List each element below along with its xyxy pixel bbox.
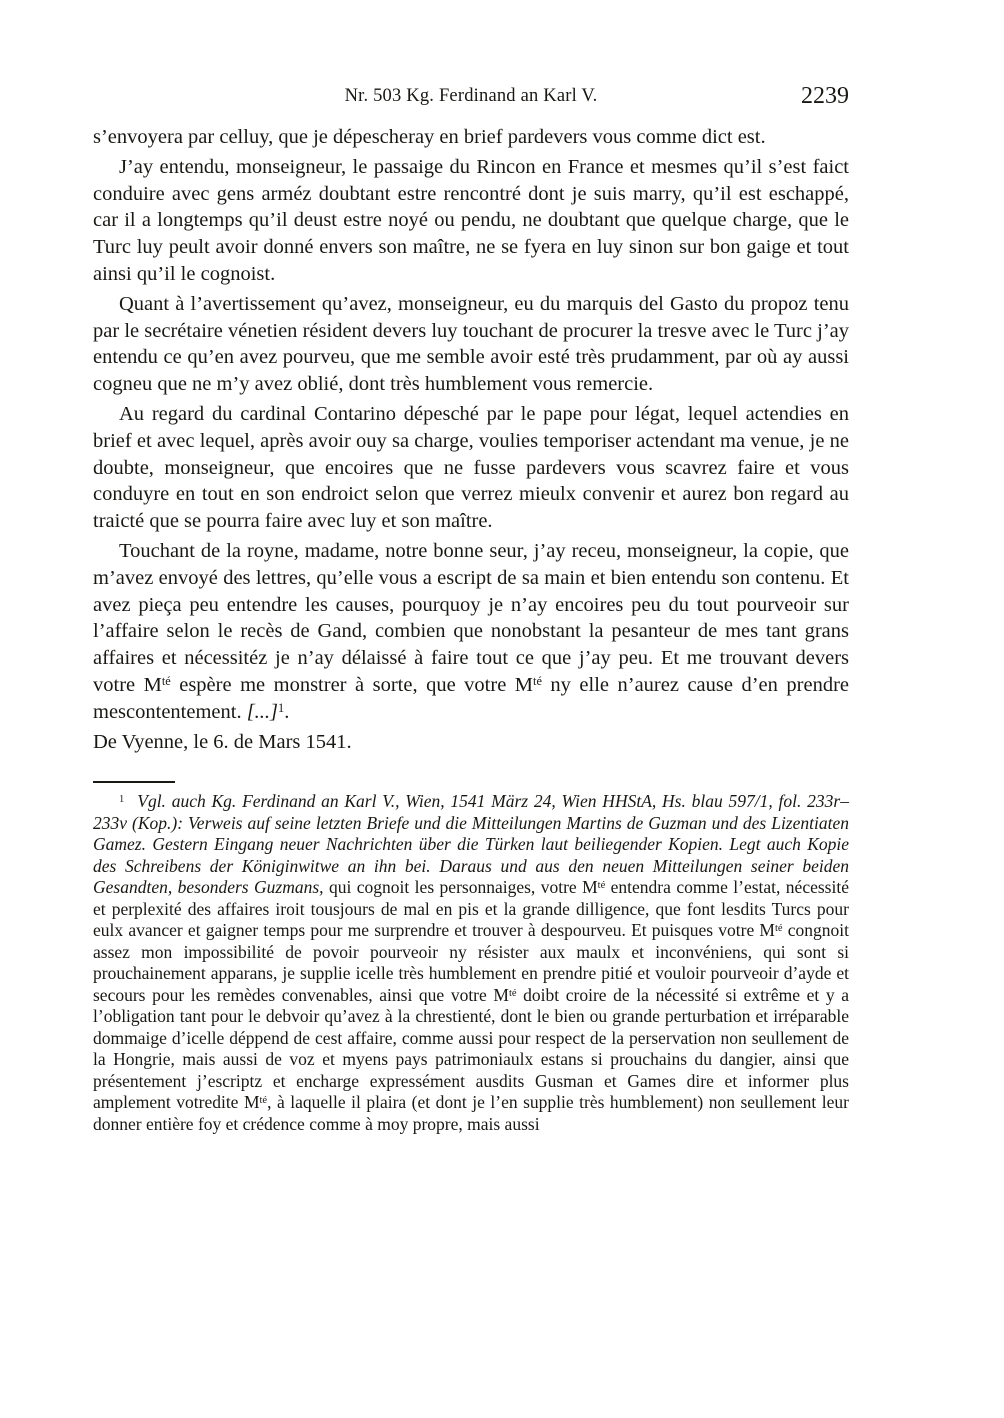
text-run: J’ay entendu, monseigneur, le passaige d… [93,156,849,285]
paragraph: Au regard du cardinal Contarino dépesché… [93,401,849,535]
running-head-title: Nr. 503 Kg. Ferdinand an Karl V. [93,80,849,112]
text-run: De Vyenne, le 6. de Mars 1541. [93,731,352,753]
superscript: té [260,1095,268,1106]
footnote-paragraph: 1Vgl. auch Kg. Ferdinand an Karl V., Wie… [93,791,849,1135]
superscript: té [775,923,783,934]
text-run: espère me monstrer à sorte, que votre M [171,674,533,696]
text-run: Quant à l’avertissement qu’avez, monseig… [93,293,849,395]
book-page: Nr. 503 Kg. Ferdinand an Karl V. 2239 s’… [0,0,1004,1418]
footnote-separator [93,781,175,783]
running-head: Nr. 503 Kg. Ferdinand an Karl V. 2239 [93,80,849,112]
text-run: . [284,701,289,723]
paragraph: J’ay entendu, monseigneur, le passaige d… [93,154,849,288]
paragraph: Quant à l’avertissement qu’avez, monseig… [93,291,849,398]
italic-text: [...] [247,701,278,723]
paragraph: De Vyenne, le 6. de Mars 1541. [93,729,849,756]
superscript: té [598,880,606,891]
footnote-marker: 1 [119,794,124,805]
superscript: té [533,674,542,688]
text-run: Au regard du cardinal Contarino dépesché… [93,403,849,532]
paragraph: Touchant de la royne, madame, notre bonn… [93,538,849,726]
superscript: té [162,674,171,688]
text-run: qui cognoit les personnaiges, votre M [324,877,598,897]
text-run: s’envoyera par celluy, que je dépeschera… [93,126,766,148]
text-column: Nr. 503 Kg. Ferdinand an Karl V. 2239 s’… [93,80,849,1135]
page-number: 2239 [801,80,849,112]
superscript: 1 [278,701,284,715]
superscript: té [509,988,517,999]
footnote: 1Vgl. auch Kg. Ferdinand an Karl V., Wie… [93,791,849,1135]
footnote-text: Vgl. auch Kg. Ferdinand an Karl V., Wien… [93,791,849,1134]
letter-body: s’envoyera par celluy, que je dépeschera… [93,124,849,755]
text-run: Touchant de la royne, madame, notre bonn… [93,540,849,696]
paragraph: s’envoyera par celluy, que je dépeschera… [93,124,849,151]
